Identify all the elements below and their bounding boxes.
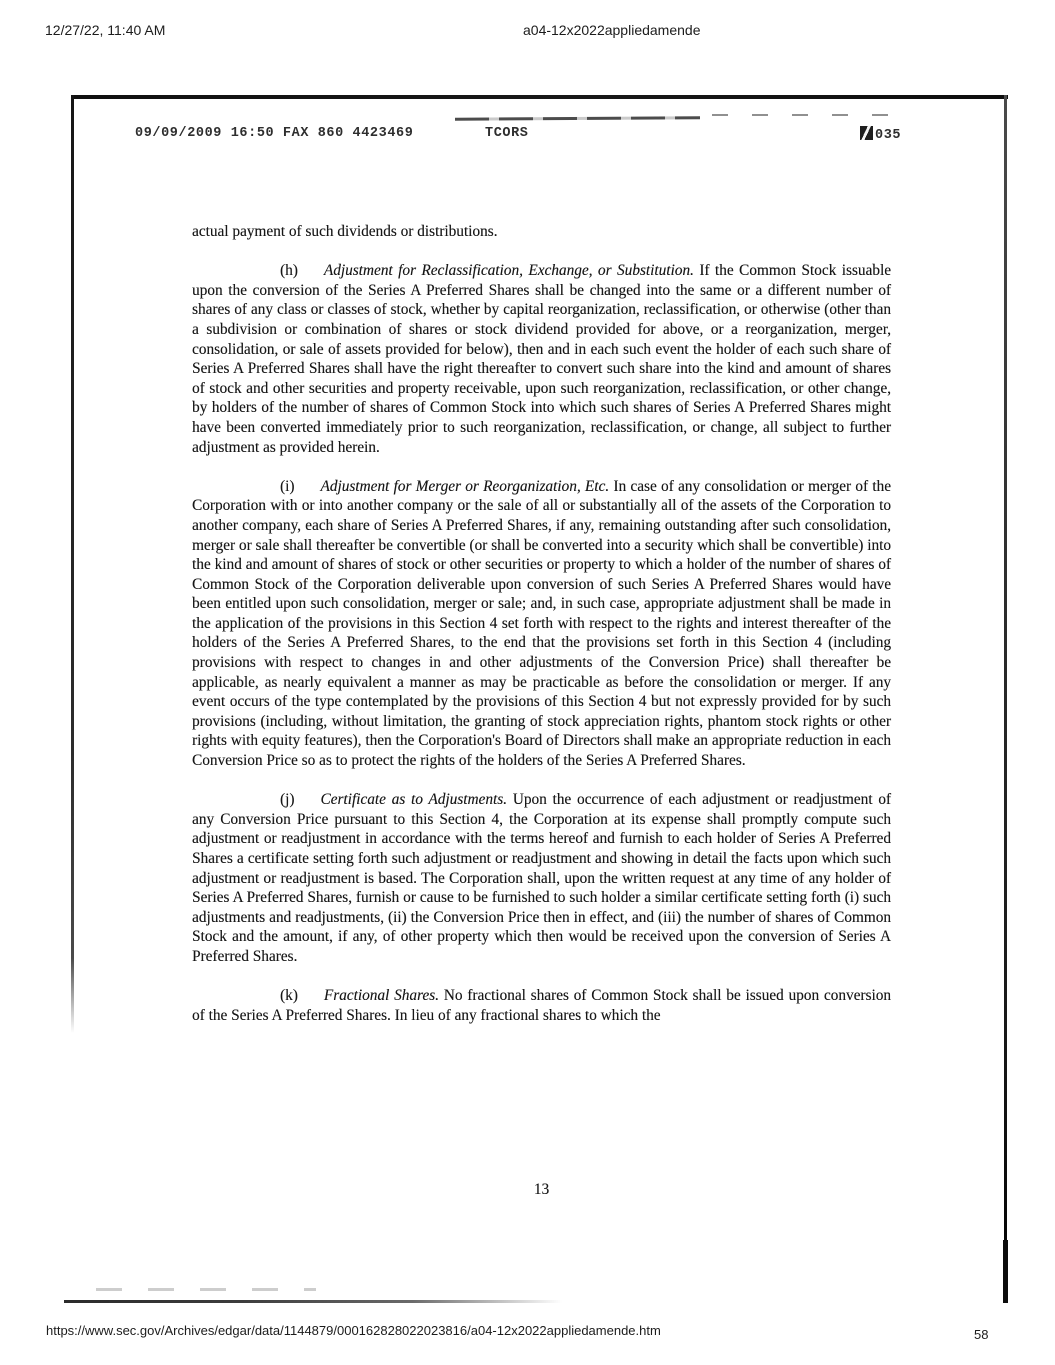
- paragraph-i-label: (i): [280, 478, 320, 495]
- paragraph-k: (k)Fractional Shares. No fractional shar…: [192, 986, 891, 1025]
- scan-page-border-right-bottom: [1003, 1240, 1008, 1303]
- paragraph-j-heading: Certificate as to Adjustments.: [320, 791, 507, 808]
- intro-continuation-line: actual payment of such dividends or dist…: [192, 222, 891, 242]
- paragraph-h-body: If the Common Stock issuable upon the co…: [192, 262, 891, 455]
- fax-transmission-header: 09/09/2009 16:50 FAX 860 4423469 TCORS 0…: [0, 126, 1055, 146]
- paragraph-i: (i)Adjustment for Merger or Reorganizati…: [192, 477, 891, 771]
- scan-streak-artifact-right: [712, 114, 892, 116]
- scan-streak-artifact-bottom: [96, 1288, 316, 1291]
- paragraph-h: (h)Adjustment for Reclassification, Exch…: [192, 261, 891, 457]
- print-footer-page-number: 58: [974, 1327, 988, 1342]
- scan-page-border-left: [71, 95, 74, 1033]
- fax-sender-name: TCORS: [485, 126, 529, 141]
- fax-page-count-value: 035: [875, 128, 901, 143]
- paragraph-i-heading: Adjustment for Merger or Reorganization,…: [320, 478, 609, 495]
- fax-page-count-icon: [860, 126, 873, 140]
- print-header-document-title: a04-12x2022appliedamende: [523, 22, 700, 38]
- paragraph-k-label: (k): [280, 987, 324, 1004]
- scan-page-border-right: [1004, 95, 1007, 1303]
- scan-page-border-top: [71, 95, 1008, 99]
- paragraph-k-heading: Fractional Shares.: [324, 987, 439, 1004]
- document-body: actual payment of such dividends or dist…: [192, 222, 891, 1025]
- scan-streak-artifact: [455, 116, 700, 120]
- print-header-datetime: 12/27/22, 11:40 AM: [45, 22, 165, 38]
- print-footer-url: https://www.sec.gov/Archives/edgar/data/…: [46, 1323, 661, 1338]
- fax-timestamp-number: 09/09/2009 16:50 FAX 860 4423469: [135, 126, 413, 141]
- scan-page-number: 13: [192, 1181, 891, 1199]
- paragraph-h-heading: Adjustment for Reclassification, Exchang…: [324, 262, 694, 279]
- fax-page-count: 035: [860, 126, 901, 143]
- paragraph-j-label: (j): [280, 791, 320, 808]
- paragraph-h-label: (h): [280, 262, 324, 279]
- paragraph-i-body: In case of any consolidation or merger o…: [192, 478, 891, 769]
- paragraph-j-body: Upon the occurrence of each adjustment o…: [192, 791, 891, 965]
- paragraph-j: (j)Certificate as to Adjustments. Upon t…: [192, 790, 891, 966]
- scan-page-border-bottom: [64, 1300, 562, 1303]
